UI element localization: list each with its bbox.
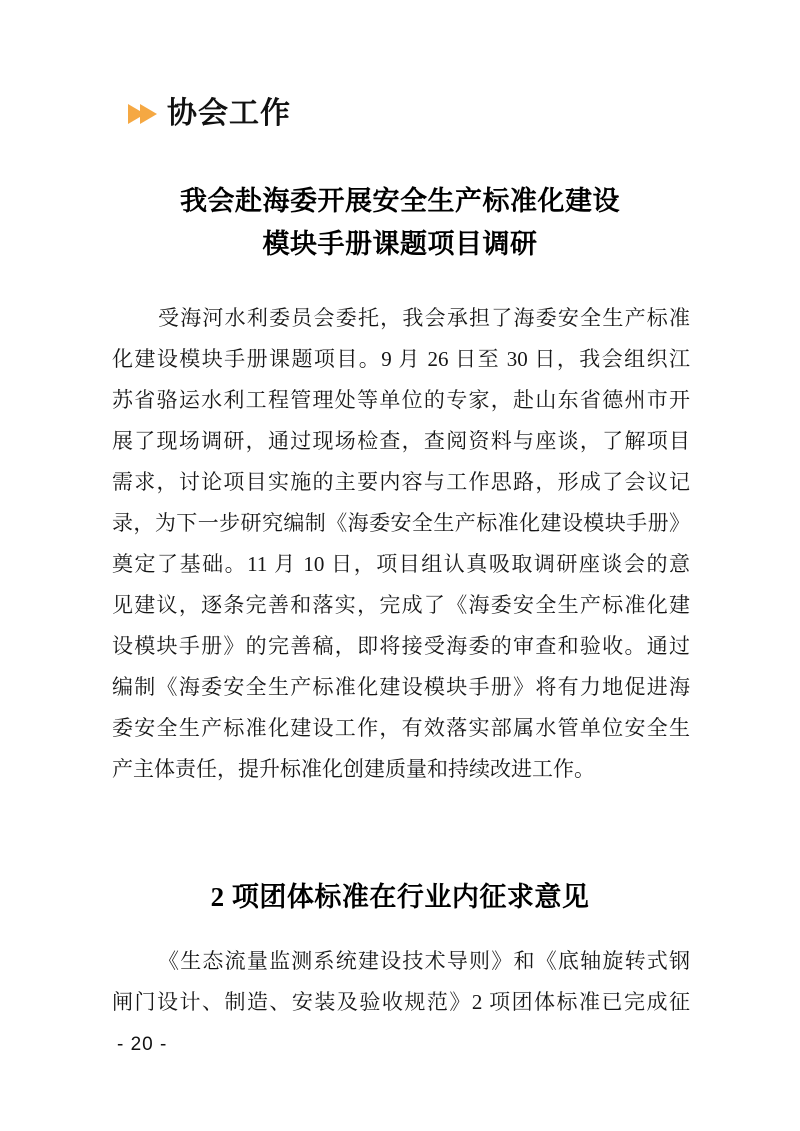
article2-paragraph: 《生态流量监测系统建设技术导则》和《底轴旋转式钢 闸门设计、制造、安装及验收规范…	[112, 941, 690, 1023]
paragraph-line: 产主体责任，提升标准化创建质量和持续改进工作。	[112, 749, 690, 790]
document-page: 协会工作 我会赴海委开展安全生产标准化建设 模块手册课题项目调研 受海河水利委员…	[0, 0, 800, 1131]
paragraph-line: 设模块手册》的完善稿，即将接受海委的审查和验收。通过	[112, 626, 690, 667]
paragraph-line: 需求，讨论项目实施的主要内容与工作思路，形成了会议记	[112, 462, 690, 503]
paragraph-line: 展了现场调研，通过现场检查，查阅资料与座谈，了解项目	[112, 421, 690, 462]
paragraph-line: 见建议，逐条完善和落实，完成了《海委安全生产标准化建	[112, 585, 690, 626]
paragraph-line: 《生态流量监测系统建设技术导则》和《底轴旋转式钢	[112, 941, 690, 982]
paragraph-line: 委安全生产标准化建设工作，有效落实部属水管单位安全生	[112, 708, 690, 749]
article2-title: 2 项团体标准在行业内征求意见	[100, 876, 700, 919]
paragraph-line: 奠定了基础。11 月 10 日，项目组认真吸取调研座谈会的意	[112, 544, 690, 585]
double-arrow-icon	[128, 104, 157, 124]
page-number: - 20 -	[117, 1034, 167, 1056]
paragraph-line: 编制《海委安全生产标准化建设模块手册》将有力地促进海	[112, 667, 690, 708]
paragraph-line: 闸门设计、制造、安装及验收规范》2 项团体标准已完成征	[112, 982, 690, 1023]
article1-title-line1: 我会赴海委开展安全生产标准化建设	[100, 180, 700, 223]
paragraph-line: 录，为下一步研究编制《海委安全生产标准化建设模块手册》	[112, 503, 690, 544]
article1-title: 我会赴海委开展安全生产标准化建设 模块手册课题项目调研	[100, 180, 700, 266]
right-triangle-icon	[140, 104, 157, 124]
section-header-label: 协会工作	[167, 97, 291, 131]
article1-paragraph: 受海河水利委员会委托，我会承担了海委安全生产标准 化建设模块手册课题项目。9 月…	[112, 298, 690, 790]
paragraph-line: 化建设模块手册课题项目。9 月 26 日至 30 日，我会组织江	[112, 339, 690, 380]
paragraph-line: 受海河水利委员会委托，我会承担了海委安全生产标准	[112, 298, 690, 339]
article1-title-line2: 模块手册课题项目调研	[100, 223, 700, 266]
paragraph-line: 苏省骆运水利工程管理处等单位的专家，赴山东省德州市开	[112, 380, 690, 421]
section-header: 协会工作	[128, 97, 291, 131]
